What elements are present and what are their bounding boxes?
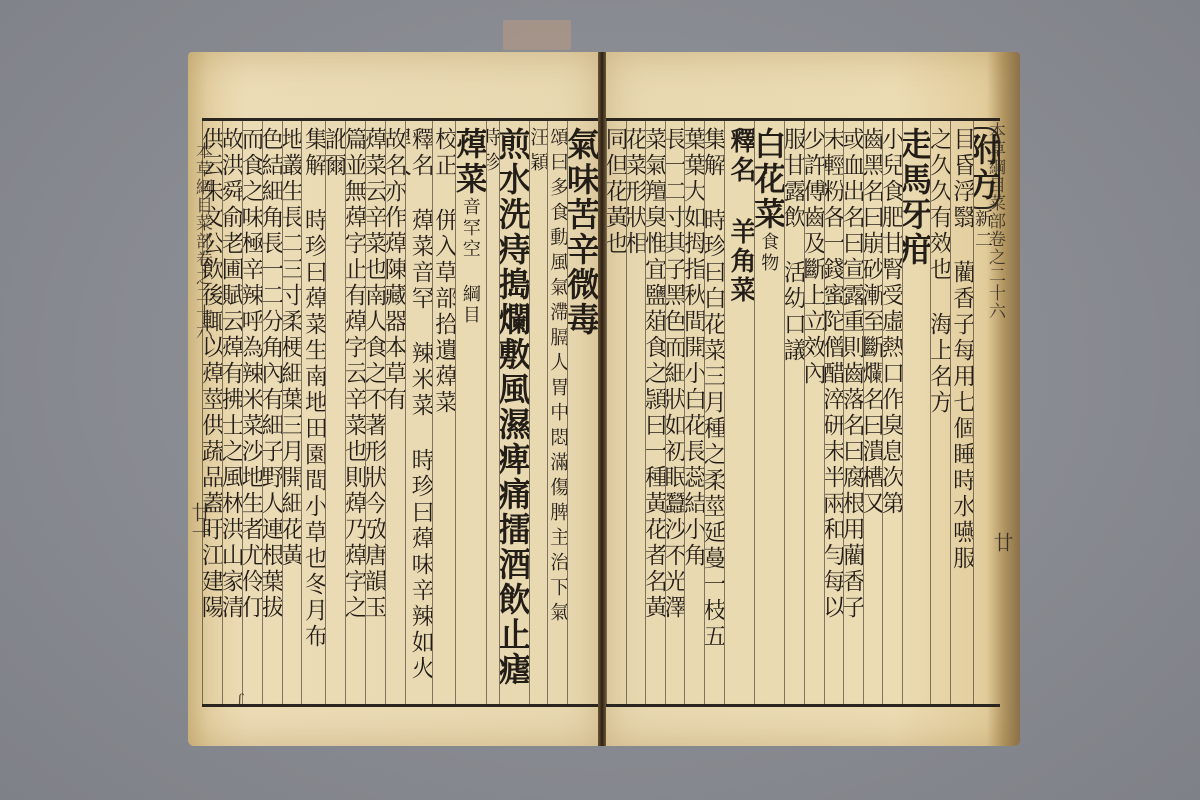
entry-heading-column: 附方新二	[973, 121, 1000, 704]
text-column: 小兒食肥甘腎受虛熱口作臭息次第	[882, 121, 902, 704]
left-text-frame: 氣味苦辛微毒 頌曰多食動風氣滯膈人胃中悶滿傷脾主治下氣 汪穎 煎水洗痔搗爛敷風濕…	[202, 118, 598, 707]
text-column: 同但花黃也	[606, 121, 626, 704]
text-column: 故名亦作蔊陳藏器本草有	[385, 121, 405, 704]
section-tag: 附方	[973, 127, 1000, 209]
entry-heading-column: 蔊菜音罕空 綱目	[455, 121, 486, 704]
text-column: 目昏浮翳 藺香子每用七個睡時水嚥服	[950, 121, 973, 704]
text-column: 之久久有效也 海上名方	[930, 121, 950, 704]
text-column: 齒黑名曰崩砂漸至斷爛名曰潰槽又	[863, 121, 883, 704]
entry-heading-column: 白花菜食物	[754, 121, 784, 704]
text-column: 供云朱文公飲後輒以蔊莖供蔬品蓋盱江建陽	[202, 121, 222, 704]
text-column: 色結細角長一二分角內有細子野人連根葉拔	[262, 121, 282, 704]
text-column: 或血出名曰宣露重則齒落名曰腐根用藺香子	[843, 121, 863, 704]
entry-note: 食物	[758, 232, 779, 274]
text-column: 煎水洗痔搗爛敷風濕痺痛擂酒飲止瘧	[499, 121, 530, 704]
text-column: 釋名 蔊菜音罕 辣米菜 時珍曰蔊味辛辣如火焊人	[405, 121, 432, 704]
entry-heading: 蔊菜	[455, 127, 486, 197]
right-text-frame: 附方新二 目昏浮翳 藺香子每用七個睡時水嚥服 之久久有效也 海上名方 走馬牙疳 …	[606, 118, 1000, 707]
text-column: 蔊菜云辛菜也南人食之不著形狀今攷唐韻玉	[365, 121, 385, 704]
text-column: 時珍	[486, 121, 499, 704]
text-column: 故洪舜俞老圃賦云蔊有拂士之風林洪山家清	[222, 121, 242, 704]
text-column: 菜氣羶臭惟宜鹽葅食之頴曰一種黃花者名黃	[645, 121, 665, 704]
text-column: 而食之味極辛辣呼為辣米菜沙地生者尤伶仃	[242, 121, 262, 704]
text-column: 校正 併入草部拾遺蔊菜	[432, 121, 456, 704]
text-column: 走馬牙疳	[902, 121, 930, 704]
text-column: 篇並無蔊字止有蔊字云辛菜也則蔊乃蔊字之	[345, 121, 365, 704]
entry-note: 音罕空 綱目	[460, 197, 481, 326]
text-column: 花菜形狀相	[626, 121, 646, 704]
text-column: 葉葉大如拇指秋間開小白花長蕊結小角	[684, 121, 704, 704]
text-column: 汪穎	[529, 121, 547, 704]
entry-heading: 白花菜	[754, 127, 784, 232]
text-column: 服甘露飲 活幼口議	[784, 121, 804, 704]
library-seal-stamp	[503, 20, 571, 50]
text-column: 釋名 羊角菜	[724, 121, 754, 704]
open-book: 本草綱目菜部卷之二十六 本草綱目菜部卷之二十六 廿一 廿 ʃ 氣味苦辛微毒 頌曰…	[188, 52, 1020, 746]
text-column: 集解 時珍曰白花菜三月種之柔莖延蔓一枝五	[704, 121, 724, 704]
text-column: 氣味苦辛微毒	[567, 121, 598, 704]
text-column: 少許傅齒及斷上立效內	[804, 121, 824, 704]
book-gutter	[598, 52, 606, 746]
text-column: 集解 時珍曰蔊菜生南地田園間小草也冬月布	[301, 121, 325, 704]
text-column: 末輕粉各一錢蜜陀僧醋淬研末半兩和勻每以	[824, 121, 844, 704]
text-column: 頌曰多食動風氣滯膈人胃中悶滿傷脾主治下氣	[547, 121, 567, 704]
text-column: 地叢生長二三寸柔梗細葉三月開細花黃	[282, 121, 302, 704]
section-note: 新二	[973, 209, 993, 251]
text-column: 長一二寸其子黑色而細狀如初眠蠶沙不光澤	[665, 121, 685, 704]
text-column: 訛爾	[325, 121, 345, 704]
